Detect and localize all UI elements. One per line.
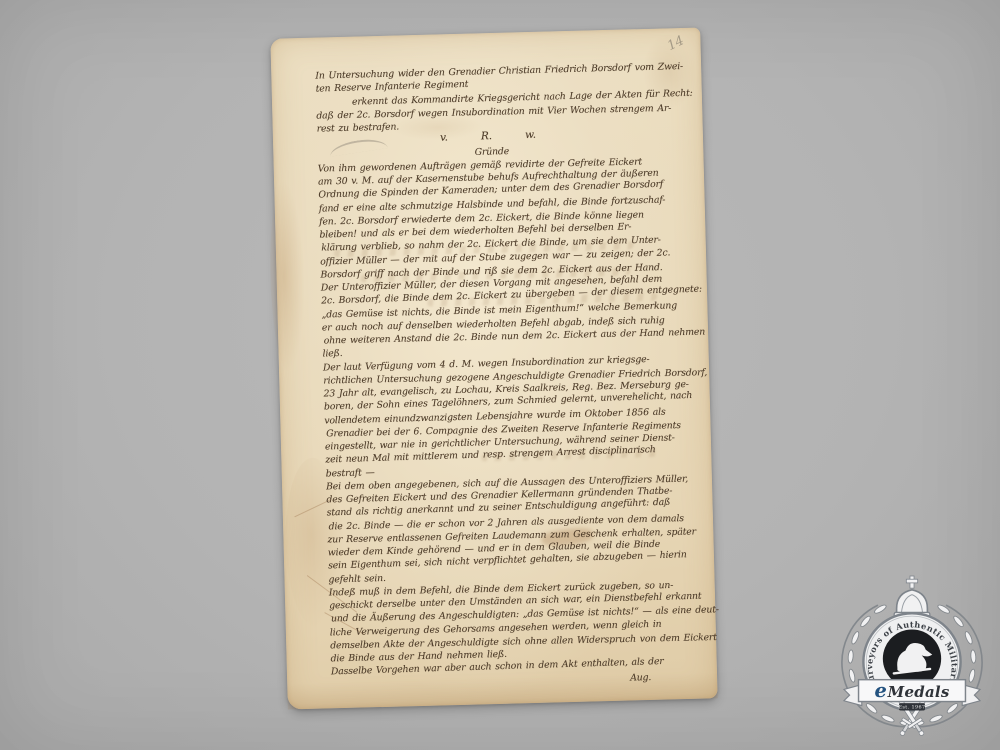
pencil-page-number: 14 (666, 33, 687, 54)
crease-mark (294, 499, 331, 517)
foxing-stain (268, 178, 307, 374)
product-photo: { "colors": { "background": "#b3b3b3", "… (0, 0, 1000, 750)
handwritten-text-block: In Untersuchung wider den Grenadier Chri… (315, 60, 707, 701)
brand-ribbon: eMedals Est. 1967 (844, 679, 980, 710)
brand-text: eMedals (874, 679, 949, 702)
est-text: Est. 1967 (898, 705, 925, 711)
manuscript-page: 14 In Untersuchung wider den Grenadier C… (270, 27, 717, 709)
emedals-watermark: Purveyors of Authentic Militaria e (831, 566, 993, 748)
